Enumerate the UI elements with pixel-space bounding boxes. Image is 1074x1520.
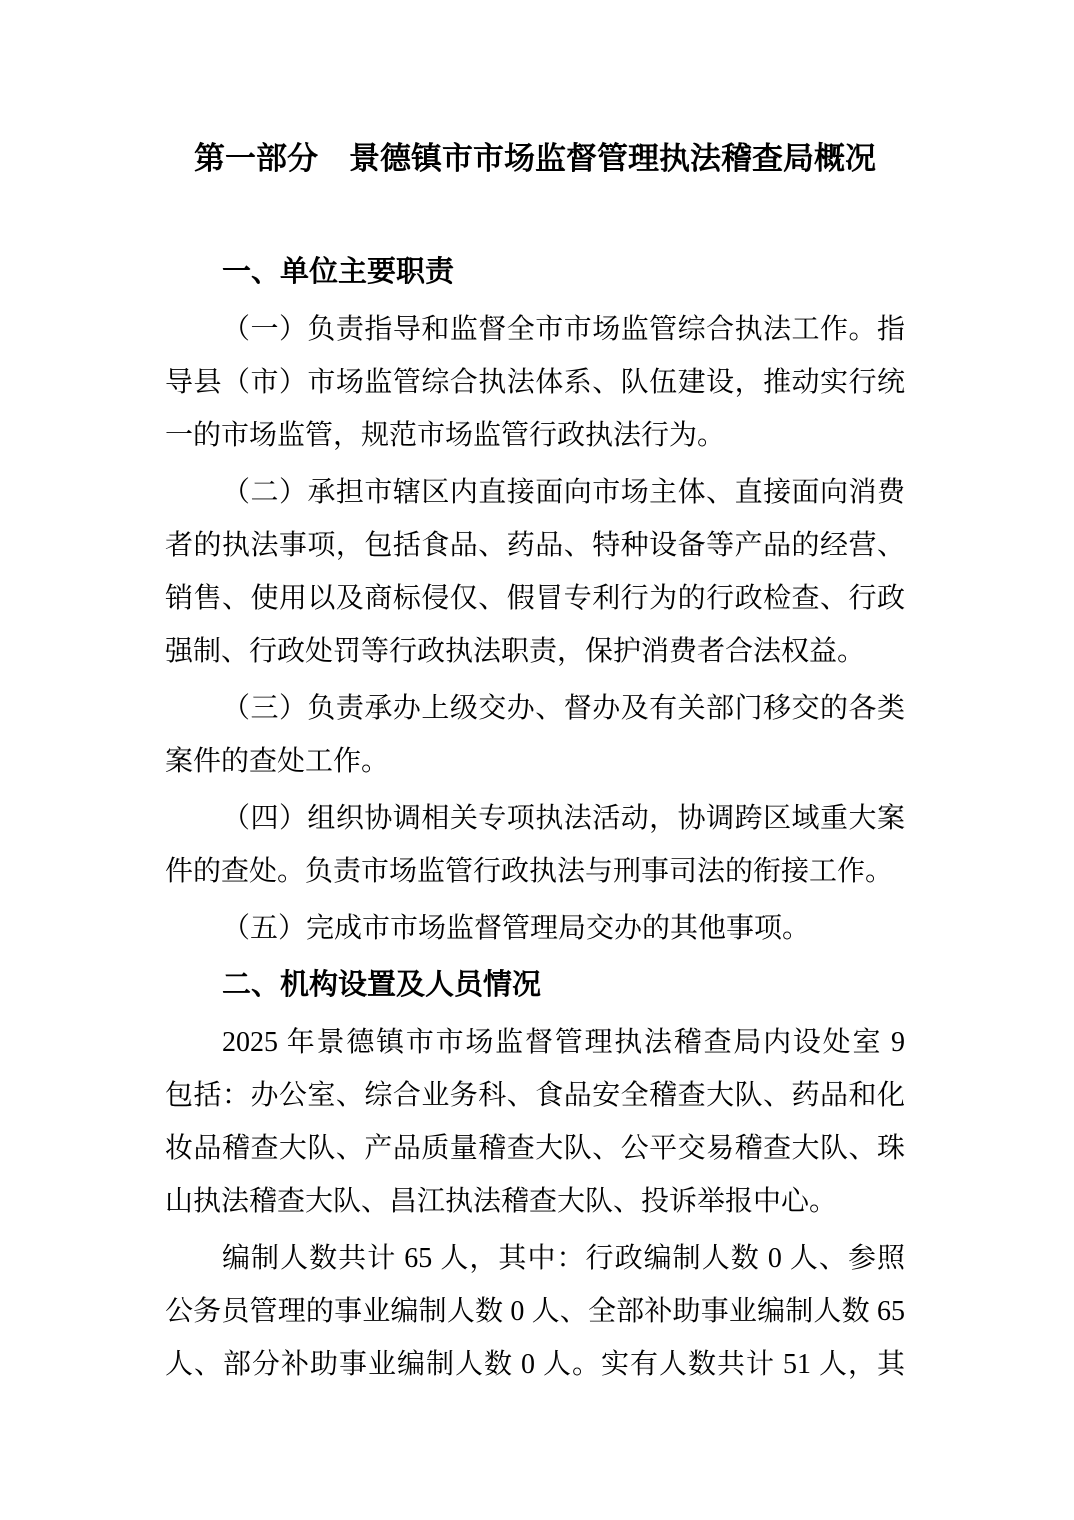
paragraph-duty-5: （五）完成市市场监督管理局交办的其他事项。 (165, 902, 905, 955)
text-line: 山执法稽查大队、昌江执法稽查大队、投诉举报中心。 (165, 1175, 905, 1228)
paragraph-duty-2: （二）承担市辖区内直接面向市场主体、直接面向消费 者的执法事项，包括食品、药品、… (165, 466, 905, 678)
section-heading-organization: 二、机构设置及人员情况 (165, 959, 905, 1012)
document-title: 第一部分 景德镇市市场监督管理执法稽查局概况 (165, 132, 905, 185)
paragraph-departments: 2025 年景德镇市市场监督管理执法稽查局内设处室 9 个， 包括：办公室、综合… (165, 1016, 905, 1228)
text-line: 销售、使用以及商标侵仅、假冒专利行为的行政检查、行政 (165, 572, 905, 625)
text-line: 一的市场监管，规范市场监管行政执法行为。 (165, 409, 905, 462)
document-page: 第一部分 景德镇市市场监督管理执法稽查局概况 一、单位主要职责 （一）负责指导和… (0, 0, 1074, 1520)
text-line: 人、部分补助事业编制人数 0 人。实有人数共计 51 人，其 (165, 1338, 905, 1391)
text-line: 案件的查处工作。 (165, 735, 905, 788)
paragraph-duty-3: （三）负责承办上级交办、督办及有关部门移交的各类 案件的查处工作。 (165, 682, 905, 788)
text-line: 编制人数共计 65 人，其中：行政编制人数 0 人、参照 (165, 1232, 905, 1285)
text-line: 2025 年景德镇市市场监督管理执法稽查局内设处室 9 个， (165, 1016, 905, 1069)
text-line: （五）完成市市场监督管理局交办的其他事项。 (165, 902, 905, 955)
paragraph-duty-1: （一）负责指导和监督全市市场监管综合执法工作。指 导县（市）市场监管综合执法体系… (165, 303, 905, 462)
text-line: （一）负责指导和监督全市市场监管综合执法工作。指 (165, 303, 905, 356)
text-line: （四）组织协调相关专项执法活动，协调跨区域重大案 (165, 792, 905, 845)
section-heading-duties: 一、单位主要职责 (165, 246, 905, 299)
text-line: 包括：办公室、综合业务科、食品安全稽查大队、药品和化 (165, 1069, 905, 1122)
paragraph-duty-4: （四）组织协调相关专项执法活动，协调跨区域重大案 件的查处。负责市场监管行政执法… (165, 792, 905, 898)
paragraph-staffing: 编制人数共计 65 人，其中：行政编制人数 0 人、参照 公务员管理的事业编制人… (165, 1232, 905, 1391)
text-line: 强制、行政处罚等行政执法职责，保护消费者合法权益。 (165, 625, 905, 678)
text-line: 导县（市）市场监管综合执法体系、队伍建设，推动实行统 (165, 356, 905, 409)
text-line: 公务员管理的事业编制人数 0 人、全部补助事业编制人数 65 (165, 1285, 905, 1338)
text-line: （三）负责承办上级交办、督办及有关部门移交的各类 (165, 682, 905, 735)
text-line: 妆品稽查大队、产品质量稽查大队、公平交易稽查大队、珠 (165, 1122, 905, 1175)
page-content: 第一部分 景德镇市市场监督管理执法稽查局概况 一、单位主要职责 （一）负责指导和… (0, 0, 1074, 1391)
text-line: （二）承担市辖区内直接面向市场主体、直接面向消费 (165, 466, 905, 519)
text-line: 件的查处。负责市场监管行政执法与刑事司法的衔接工作。 (165, 845, 905, 898)
text-line: 者的执法事项，包括食品、药品、特种设备等产品的经营、 (165, 519, 905, 572)
